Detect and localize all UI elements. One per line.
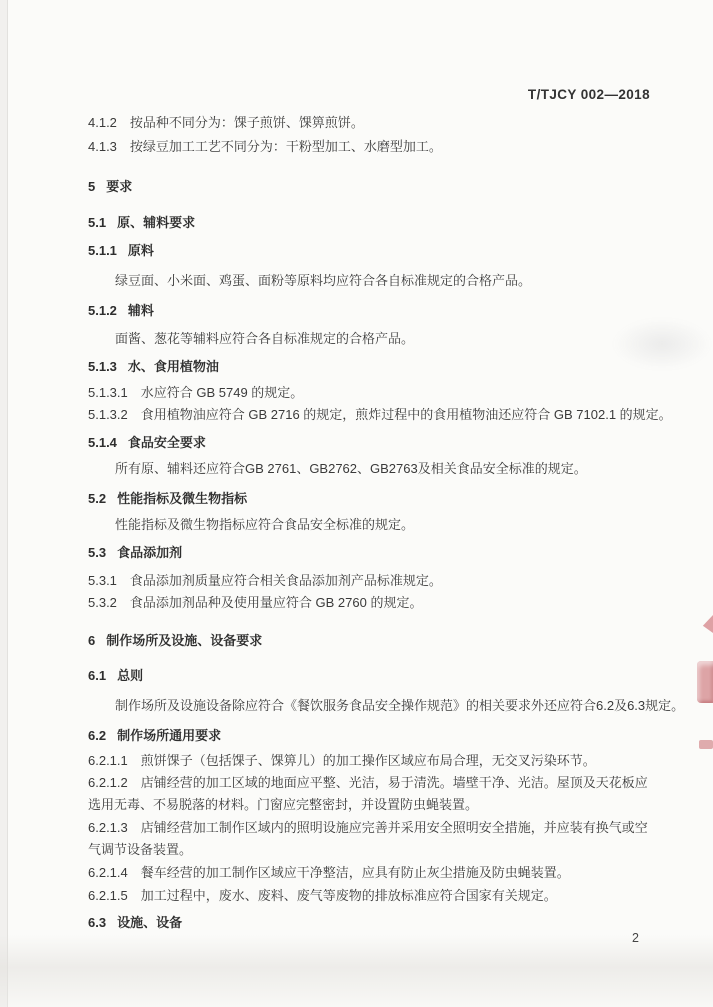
heading-5: 5要求 [88, 176, 651, 198]
clause-5-1-3-2: 5.1.3.2食用植物油应符合 GB 2716 的规定，煎炸过程中的食用植物油还… [88, 404, 651, 426]
heading-5-1-4: 5.1.4食品安全要求 [88, 432, 651, 454]
heading-6-3: 6.3设施、设备 [88, 912, 651, 934]
clause-5-3-1: 5.3.1食品添加剂质量应符合相关食品添加剂产品标准规定。 [88, 570, 651, 592]
heading-number: 5.1 [88, 215, 106, 230]
heading-number: 6.2 [88, 728, 106, 743]
heading-number: 5 [88, 179, 95, 194]
heading-text: 设施、设备 [117, 915, 182, 930]
heading-text: 总则 [117, 668, 143, 683]
clause-number: 5.3.1 [88, 573, 117, 588]
heading-number: 6.1 [88, 668, 106, 683]
clause-6-2-1-3: 6.2.1.3店铺经营加工制作区域内的照明设施应完善并采用安全照明安全措施，并应… [88, 817, 651, 861]
heading-5-1-2: 5.1.2辅料 [88, 300, 651, 322]
heading-6-2: 6.2制作场所通用要求 [88, 725, 651, 747]
clause-5-1-3-1: 5.1.3.1水应符合 GB 5749 的规定。 [88, 382, 651, 404]
heading-text: 性能指标及微生物指标 [117, 491, 247, 506]
paragraph-text: 面酱、葱花等辅料应符合各自标准规定的合格产品。 [115, 331, 414, 346]
heading-number: 5.1.2 [88, 303, 117, 318]
heading-number: 5.1.3 [88, 359, 117, 374]
clause-number: 6.2.1.5 [88, 888, 128, 903]
clause-6-2-1-2: 6.2.1.2店铺经营的加工区域的地面应平整、光洁，易于清洗。墙壁干净、光洁。屋… [88, 772, 651, 816]
clause-number: 5.1.3.2 [88, 407, 128, 422]
clause-text: 店铺经营加工制作区域内的照明设施应完善并采用安全照明安全措施，并应装有换气或空气… [88, 820, 648, 857]
clause-text: 煎饼馃子（包括馃子、馃箅儿）的加工操作区域应布局合理，无交叉污染环节。 [141, 753, 596, 768]
heading-5-1-1: 5.1.1原料 [88, 240, 651, 262]
heading-6: 6制作场所及设施、设备要求 [88, 630, 651, 652]
heading-text: 制作场所通用要求 [117, 728, 221, 743]
heading-text: 食品添加剂 [117, 545, 182, 560]
paragraph-auxiliary-materials: 面酱、葱花等辅料应符合各自标准规定的合格产品。 [88, 328, 651, 350]
clause-number: 6.2.1.3 [88, 820, 128, 835]
paragraph-text: 性能指标及微生物指标应符合食品安全标准的规定。 [115, 517, 414, 532]
heading-number: 6 [88, 633, 95, 648]
paragraph-text: 所有原、辅料还应符合GB 2761、GB2762、GB2763及相关食品安全标准… [115, 461, 587, 476]
clause-4-1-2: 4.1.2按品种不同分为：馃子煎饼、馃箅煎饼。 [88, 112, 651, 134]
clause-text: 按品种不同分为：馃子煎饼、馃箅煎饼。 [130, 115, 364, 130]
clause-number: 5.3.2 [88, 595, 117, 610]
red-seal-mark [699, 740, 713, 749]
heading-text: 要求 [106, 179, 132, 194]
clause-number: 6.2.1.1 [88, 753, 128, 768]
clause-text: 加工过程中，废水、废料、废气等废物的排放标准应符合国家有关规定。 [141, 888, 557, 903]
clause-number: 4.1.3 [88, 139, 117, 154]
paragraph-raw-materials: 绿豆面、小米面、鸡蛋、面粉等原料均应符合各自标准规定的合格产品。 [88, 270, 651, 292]
heading-number: 5.1.1 [88, 243, 117, 258]
paragraph-text: 制作场所及设施设备除应符合《餐饮服务食品安全操作规范》的相关要求外还应符合6.2… [115, 698, 684, 713]
clause-text: 水应符合 GB 5749 的规定。 [141, 385, 304, 400]
red-seal-mark [697, 661, 713, 703]
page-number: 2 [632, 931, 639, 945]
heading-5-1-3: 5.1.3水、食用植物油 [88, 356, 651, 378]
clause-number: 4.1.2 [88, 115, 117, 130]
heading-text: 原、辅料要求 [117, 215, 195, 230]
clause-text: 店铺经营的加工区域的地面应平整、光洁，易于清洗。墙壁干净、光洁。屋顶及天花板应选… [88, 775, 648, 812]
paragraph-performance-index: 性能指标及微生物指标应符合食品安全标准的规定。 [88, 514, 651, 536]
clause-number: 6.2.1.4 [88, 865, 128, 880]
scan-bottom-shadow [0, 935, 713, 1007]
heading-number: 5.3 [88, 545, 106, 560]
paragraph-text: 绿豆面、小米面、鸡蛋、面粉等原料均应符合各自标准规定的合格产品。 [115, 273, 531, 288]
heading-text: 水、食用植物油 [128, 359, 219, 374]
heading-text: 制作场所及设施、设备要求 [106, 633, 262, 648]
clause-text: 餐车经营的加工制作区域应干净整洁，应具有防止灰尘措施及防虫蝇装置。 [141, 865, 570, 880]
red-seal-mark [702, 615, 713, 633]
heading-number: 5.1.4 [88, 435, 117, 450]
heading-6-1: 6.1总则 [88, 665, 651, 687]
clause-6-2-1-4: 6.2.1.4餐车经营的加工制作区域应干净整洁，应具有防止灰尘措施及防虫蝇装置。 [88, 862, 651, 884]
scanned-document-page: T/TJCY 002—2018 4.1.2按品种不同分为：馃子煎饼、馃箅煎饼。 … [0, 0, 713, 1007]
clause-5-3-2: 5.3.2食品添加剂品种及使用量应符合 GB 2760 的规定。 [88, 592, 651, 614]
heading-text: 原料 [128, 243, 154, 258]
clause-6-2-1-5: 6.2.1.5加工过程中，废水、废料、废气等废物的排放标准应符合国家有关规定。 [88, 885, 651, 907]
heading-5-2: 5.2性能指标及微生物指标 [88, 488, 651, 510]
heading-number: 6.3 [88, 915, 106, 930]
paragraph-food-safety: 所有原、辅料还应符合GB 2761、GB2762、GB2763及相关食品安全标准… [88, 458, 651, 480]
clause-4-1-3: 4.1.3按绿豆加工工艺不同分为：干粉型加工、水磨型加工。 [88, 136, 651, 158]
document-body: 4.1.2按品种不同分为：馃子煎饼、馃箅煎饼。 4.1.3按绿豆加工工艺不同分为… [88, 0, 651, 934]
clause-number: 6.2.1.2 [88, 775, 128, 790]
scan-left-edge [0, 0, 8, 1007]
clause-text: 按绿豆加工工艺不同分为：干粉型加工、水磨型加工。 [130, 139, 442, 154]
paragraph-general-rules: 制作场所及设施设备除应符合《餐饮服务食品安全操作规范》的相关要求外还应符合6.2… [88, 695, 651, 717]
clause-text: 食品添加剂质量应符合相关食品添加剂产品标准规定。 [130, 573, 442, 588]
heading-number: 5.2 [88, 491, 106, 506]
clause-6-2-1-1: 6.2.1.1煎饼馃子（包括馃子、馃箅儿）的加工操作区域应布局合理，无交叉污染环… [88, 750, 651, 772]
heading-text: 食品安全要求 [128, 435, 206, 450]
heading-5-1: 5.1原、辅料要求 [88, 212, 651, 234]
clause-text: 食用植物油应符合 GB 2716 的规定，煎炸过程中的食用植物油还应符合 GB … [141, 407, 672, 422]
clause-number: 5.1.3.1 [88, 385, 128, 400]
heading-text: 辅料 [128, 303, 154, 318]
heading-5-3: 5.3食品添加剂 [88, 542, 651, 564]
clause-text: 食品添加剂品种及使用量应符合 GB 2760 的规定。 [130, 595, 423, 610]
